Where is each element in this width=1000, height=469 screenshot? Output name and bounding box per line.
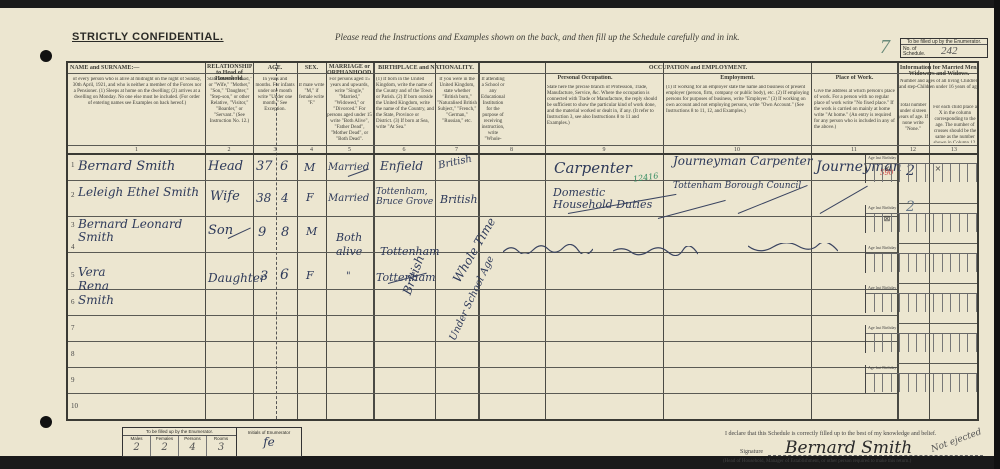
column-header-age: AGE. — [255, 65, 295, 71]
census-table: NAME and SURNAME:— of every person who i… — [66, 61, 979, 421]
age-months: 6 — [280, 267, 289, 283]
person-name: Leleigh Ethel Smith — [78, 185, 199, 199]
signature-note: (Head of Household, Manager of Establish… — [723, 459, 911, 464]
child-age-grid: Age last Birthday — [865, 325, 977, 353]
relationship: Son — [208, 223, 233, 238]
declaration-text: I declare that this Schedule is correctl… — [725, 431, 936, 437]
section-header-occupation: OCCUPATION and EMPLOYMENT. — [508, 65, 888, 71]
column-header-birthplace: BIRTHPLACE and NATIONALITY. — [375, 65, 477, 71]
employment: Journeyman Carpenter — [673, 155, 813, 168]
signature: Bernard Smith — [785, 438, 912, 458]
occupation: Carpenter — [554, 159, 632, 177]
instruction-text: Please read the Instructions and Example… — [335, 32, 740, 42]
person-name: Bernard Smith — [78, 159, 175, 174]
punch-hole — [40, 50, 52, 62]
birthplace: Tottenham, Bruce Grove — [376, 187, 436, 207]
census-page: STRICTLY CONFIDENTIAL. Please read the I… — [0, 8, 1000, 456]
marriage: Both alive — [336, 231, 370, 259]
age-months: 6 — [280, 159, 288, 174]
column-header-name: NAME and SURNAME:— — [70, 65, 203, 71]
child-age-grid: Age last Birthday — [865, 365, 977, 393]
column-header-occupation: Personal Occupation. — [508, 75, 662, 81]
column-header-place-of-work: Place of Work. — [813, 75, 896, 81]
signature-label: Signature — [740, 449, 763, 455]
sex: M — [304, 161, 315, 174]
person-name: Vera Rena Smith — [78, 265, 138, 307]
age-months: 8 — [281, 225, 289, 240]
section-header-family: Information for Married Men, Widowers an… — [899, 65, 979, 77]
marriage: " — [346, 271, 351, 282]
relationship: Head — [208, 159, 243, 174]
pencil-mark: 7 — [880, 36, 890, 59]
sex: M — [306, 225, 317, 238]
child-age-grid: Age last Birthday — [865, 285, 977, 313]
nationality: British — [440, 193, 478, 206]
marriage: Married — [328, 193, 369, 204]
page-heading: STRICTLY CONFIDENTIAL. — [72, 31, 224, 43]
relationship: Daughter — [208, 271, 266, 285]
signature-annotation: Not ejected — [930, 427, 983, 455]
enumerator-box: To be filled up by the Enumerator. Males… — [122, 427, 302, 457]
schedule-number: 242 — [941, 45, 958, 57]
occupation-code: 12416 — [632, 171, 658, 183]
schedule-number-box: To be filled up by the Enumerator. No. o… — [900, 38, 988, 58]
person-name: Bernard Leonard Smith — [78, 218, 208, 244]
age-years: 9 — [258, 225, 266, 240]
birthplace: Enfield — [380, 159, 423, 173]
age-months: 4 — [281, 191, 289, 205]
child-age-grid: Age last Birthday — [865, 245, 977, 273]
age-years: 3 — [260, 269, 268, 284]
birthplace: Tottenham — [380, 245, 440, 258]
schooling: Whole Time — [450, 215, 498, 285]
sex: F — [306, 269, 314, 282]
child-age-grid: Age last Birthday ×× — [865, 155, 977, 183]
column-header-marriage: MARRIAGE or ORPHANHOOD. — [327, 64, 372, 76]
nationality: British — [437, 154, 473, 172]
age-years: 37 — [256, 159, 273, 174]
column-header-sex: SEX. — [298, 65, 325, 71]
punch-hole — [40, 416, 52, 428]
column-header-employment: Employment. — [665, 75, 810, 81]
sex: F — [306, 191, 314, 204]
relationship: Wife — [210, 189, 240, 204]
employment-detail: Tottenham Borough Council — [673, 181, 801, 191]
age-years: 38 — [256, 191, 271, 205]
child-age-grid: Age last Birthday ⊠ — [865, 205, 977, 233]
